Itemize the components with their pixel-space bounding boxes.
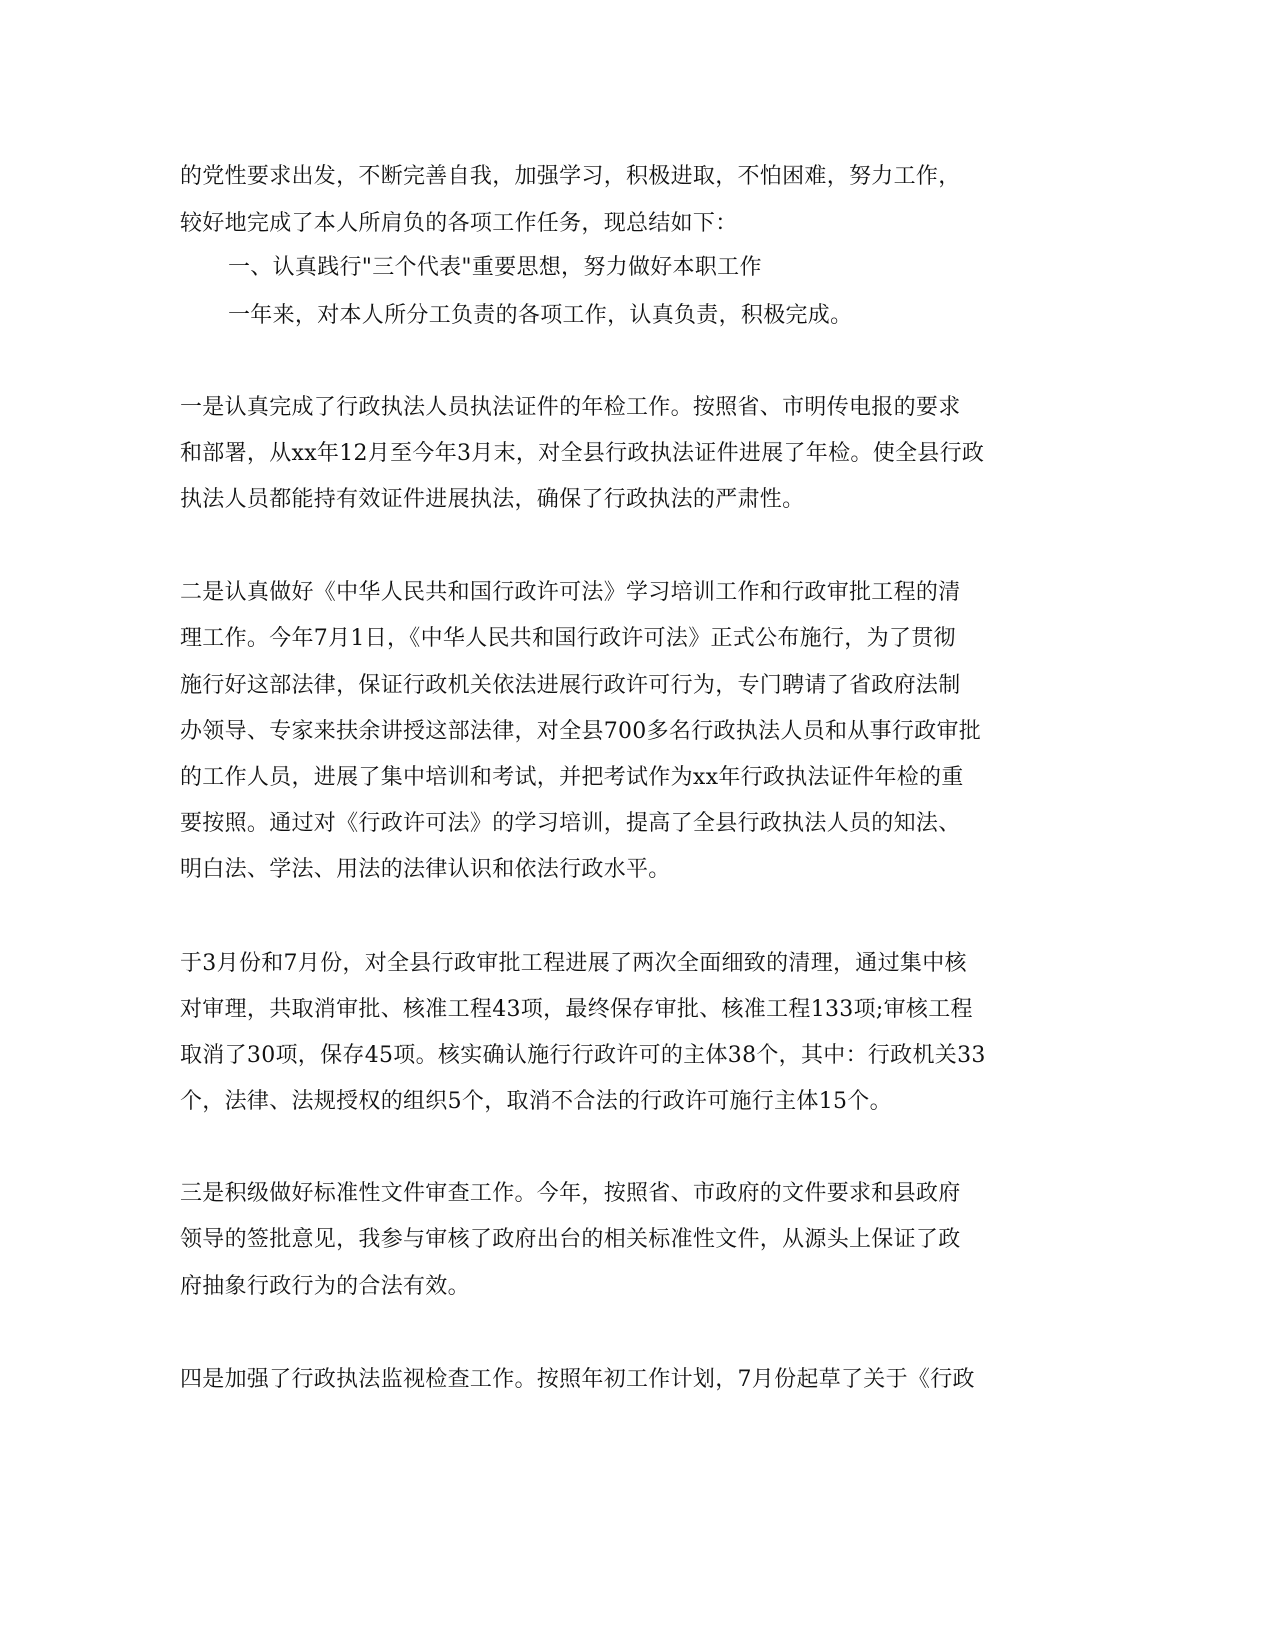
paragraph-1-line: 执法人员都能持有效证件进展执法，确保了行政执法的严肃性。 [180,485,804,515]
paragraph-4-line: 三是积级做好标准性文件审查工作。今年，按照省、市政府的文件要求和县政府 [180,1179,961,1209]
paragraph-1-line: 一是认真完成了行政执法人员执法证件的年检工作。按照省、市明传电报的要求 [180,393,961,423]
paragraph-3-line: 个，法律、法规授权的组织5个，取消不合法的行政许可施行主体15个。 [180,1087,892,1117]
paragraph-4-line: 领导的签批意见，我参与审核了政府出台的相关标准性文件，从源头上保证了政 [180,1225,961,1255]
document-page: 的党性要求出发，不断完善自我，加强学习，积极进取，不怕困难，努力工作， 较好地完… [0,0,1275,1650]
intro-line: 的党性要求出发，不断完善自我，加强学习，积极进取，不怕困难，努力工作， [180,162,961,192]
intro-line: 较好地完成了本人所肩负的各项工作任务，现总结如下： [180,209,738,239]
paragraph-2-line: 理工作。今年7月1日，《中华人民共和国行政许可法》正式公布施行，为了贯彻 [180,624,956,654]
paragraph-2-line: 办领导、专家来扶余讲授这部法律，对全县700多名行政执法人员和从事行政审批 [180,717,981,747]
paragraph-4-line: 府抽象行政行为的合法有效。 [180,1272,470,1302]
paragraph-5-line: 四是加强了行政执法监视检查工作。按照年初工作计划，7月份起草了关于《行政 [180,1365,975,1395]
paragraph-2-line: 二是认真做好《中华人民共和国行政许可法》学习培训工作和行政审批工程的清 [180,578,961,608]
paragraph-2-line: 要按照。通过对《行政许可法》的学习培训，提高了全县行政执法人员的知法、 [180,809,961,839]
paragraph-3-line: 对审理，共取消审批、核准工程43项，最终保存审批、核准工程133项;审核工程 [180,995,973,1025]
paragraph-3-line: 取消了30项，保存45项。核实确认施行行政许可的主体38个，其中：行政机关33 [180,1041,986,1071]
section-heading: 一、认真践行"三个代表"重要思想，努力做好本职工作 [228,253,762,283]
paragraph-3-line: 于3月份和7月份，对全县行政审批工程进展了两次全面细致的清理，通过集中核 [180,949,967,979]
paragraph-1-line: 和部署，从xx年12月至今年3月末，对全县行政执法证件进展了年检。使全县行政 [180,439,984,469]
paragraph-2-line: 明白法、学法、用法的法律认识和依法行政水平。 [180,855,671,885]
section-intro: 一年来，对本人所分工负责的各项工作，认真负责，积极完成。 [228,301,852,331]
paragraph-2-line: 施行好这部法律，保证行政机关依法进展行政许可行为，专门聘请了省政府法制 [180,671,961,701]
paragraph-2-line: 的工作人员，进展了集中培训和考试，并把考试作为xx年行政执法证件年检的重 [180,763,964,793]
